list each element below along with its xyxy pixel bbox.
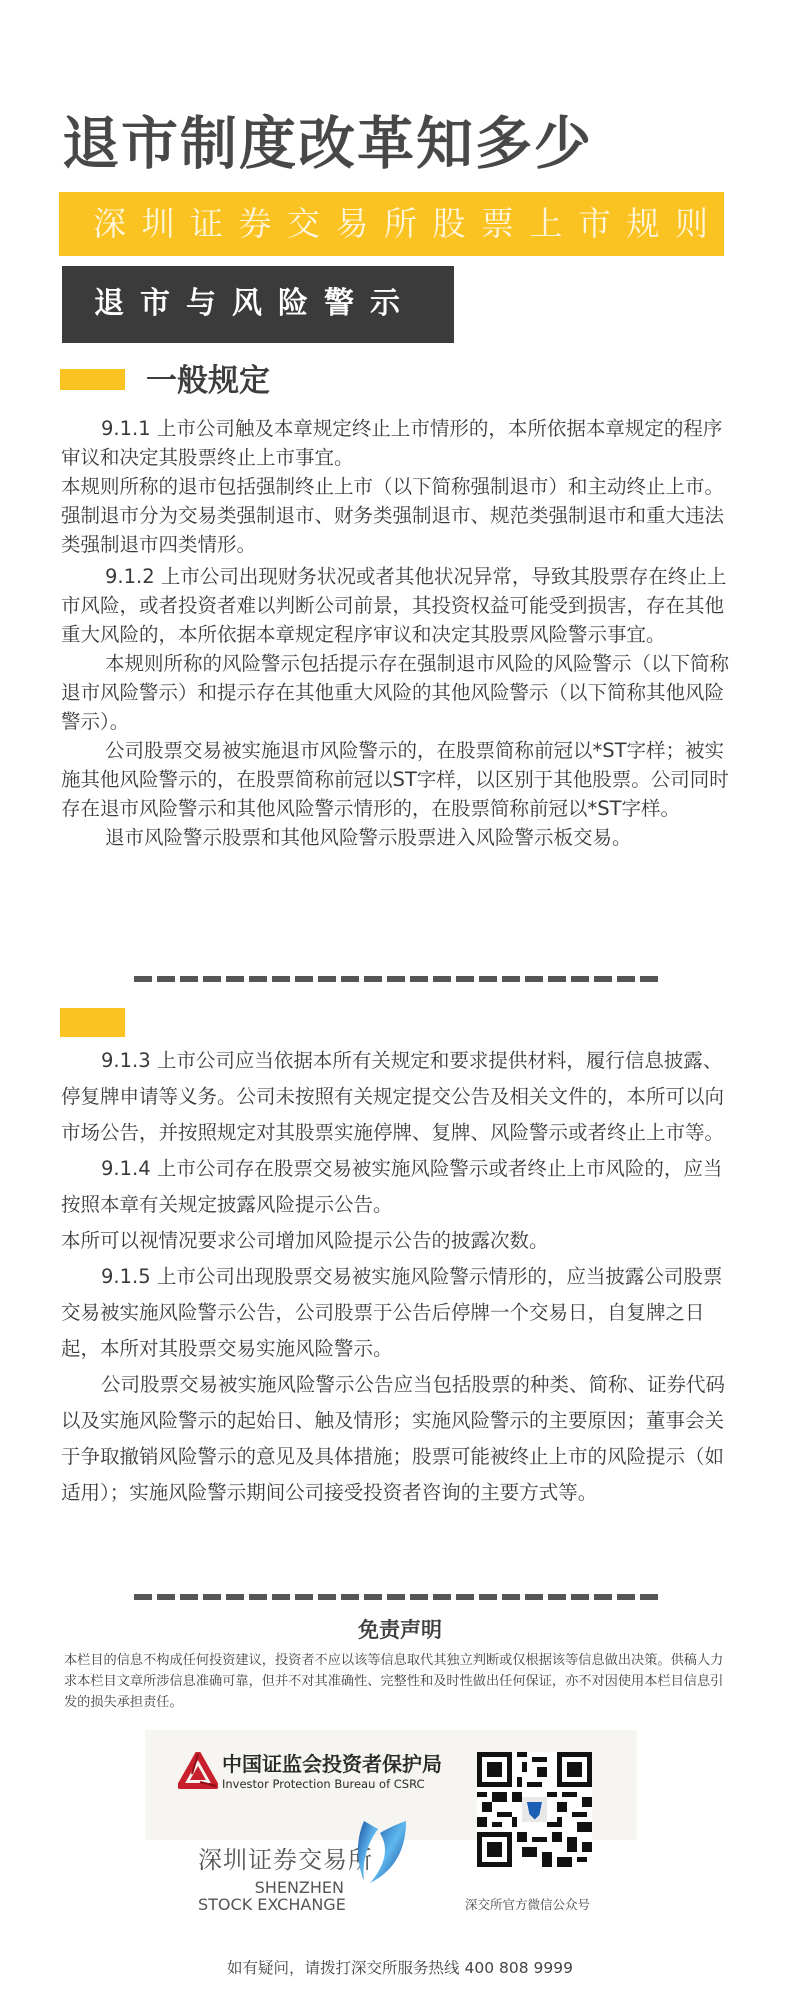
paragraph-9-1-2: 9.1.2 上市公司出现财务状况或者其他状况异常，导致其股票存在终止上市风险，或… <box>61 562 731 649</box>
disclaimer-text: 本栏目的信息不构成任何投资建议，投资者不应以该等信息取代其独立判断或仅根据该等信… <box>64 1650 732 1713</box>
paragraph: 公司股票交易被实施风险警示公告应当包括股票的种类、简称、证券代码以及实施风险警示… <box>61 1367 731 1511</box>
paragraph-9-1-3: 9.1.3 上市公司应当依据本所有关规定和要求提供材料，履行信息披露、停复牌申请… <box>61 1043 731 1151</box>
dashed-divider <box>134 1594 662 1600</box>
szse-name-cn: 深圳证券交易所 <box>198 1846 373 1874</box>
subtitle-banner-text: 深圳证券交易所股票上市规则 <box>93 204 724 244</box>
dashed-divider <box>134 976 662 982</box>
csrc-logo-icon <box>178 1752 218 1790</box>
section2-body: 9.1.3 上市公司应当依据本所有关规定和要求提供材料，履行信息披露、停复牌申请… <box>61 1043 731 1511</box>
csrc-name-cn: 中国证监会投资者保护局 <box>222 1752 442 1776</box>
disclaimer-title: 免责声明 <box>0 1615 800 1645</box>
paragraph: 本所可以视情况要求公司增加风险提示公告的披露次数。 <box>61 1223 731 1259</box>
paragraph-9-1-1: 9.1.1 上市公司触及本章规定终止上市情形的，本所依据本章规定的程序审议和决定… <box>61 414 731 472</box>
paragraph: 退市风险警示股票和其他风险警示股票进入风险警示板交易。 <box>61 823 731 852</box>
hotline-text: 如有疑问，请拨打深交所服务热线 400 808 9999 <box>0 1958 800 1978</box>
szse-name-en-line2: STOCK EXCHANGE <box>198 1896 344 1913</box>
section-marker <box>60 1008 125 1037</box>
csrc-name-en: Investor Protection Bureau of CSRC <box>222 1777 425 1791</box>
szse-name-en-line1: SHENZHEN <box>198 1879 344 1896</box>
section-marker <box>60 369 125 390</box>
paragraph-9-1-5: 9.1.5 上市公司出现股票交易被实施风险警示情形的，应当披露公司股票交易被实施… <box>61 1259 731 1367</box>
paragraph: 公司股票交易被实施退市风险警示的，在股票简称前冠以*ST字样；被实施其他风险警示… <box>61 736 731 823</box>
section1-body: 9.1.1 上市公司触及本章规定终止上市情形的，本所依据本章规定的程序审议和决定… <box>61 414 731 852</box>
qr-caption: 深交所官方微信公众号 <box>465 1897 590 1913</box>
paragraph: 本规则所称的风险警示包括提示存在强制退市风险的风险警示（以下简称退市风险警示）和… <box>61 649 731 736</box>
wechat-qr-code-icon[interactable] <box>477 1752 592 1867</box>
paragraph-9-1-4: 9.1.4 上市公司存在股票交易被实施风险警示或者终止上市风险的，应当按照本章有… <box>61 1151 731 1223</box>
section-tag-text: 退市与风险警示 <box>94 284 416 324</box>
page-title: 退市制度改革知多少 <box>62 108 593 180</box>
section-heading: 一般规定 <box>146 363 270 399</box>
section-tag: 退市与风险警示 <box>62 266 454 343</box>
paragraph: 本规则所称的退市包括强制终止上市（以下简称强制退市）和主动终止上市。强制退市分为… <box>61 472 731 559</box>
szse-shield-logo-icon <box>350 1815 410 1887</box>
subtitle-banner: 深圳证券交易所股票上市规则 <box>59 192 724 256</box>
